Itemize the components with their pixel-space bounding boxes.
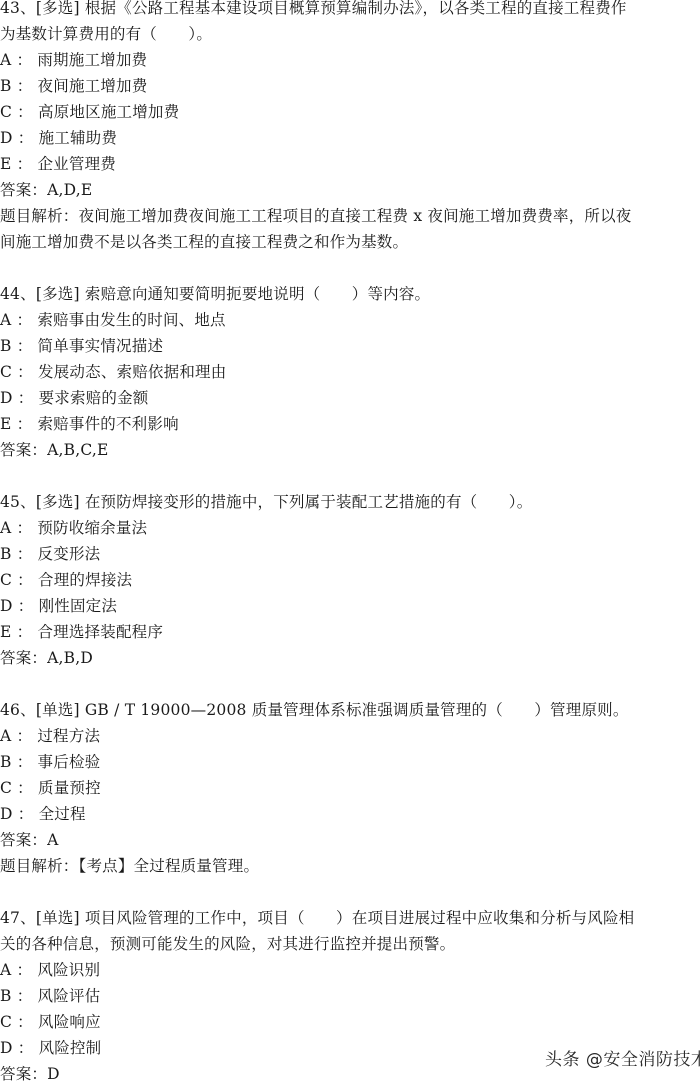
analysis: 间施工增加费不是以各类工程的直接工程费之和作为基数。	[0, 229, 700, 255]
question-stem: 为基数计算费用的有（ ）。	[0, 21, 700, 47]
question-stem: 46、[单选] GB / T 19000—2008 质量管理体系标准强调质量管理…	[0, 697, 700, 723]
option-c: C ： 质量预控	[0, 775, 700, 801]
spacer	[0, 255, 700, 281]
option-a: A ： 雨期施工增加费	[0, 47, 700, 73]
analysis: 题目解析：【考点】全过程质量管理。	[0, 853, 700, 879]
question-46: 46、[单选] GB / T 19000—2008 质量管理体系标准强调质量管理…	[0, 697, 700, 879]
option-d: D ： 要求索赔的金额	[0, 385, 700, 411]
answer: 答案：A,B,C,E	[0, 437, 700, 463]
option-c: C ： 高原地区施工增加费	[0, 99, 700, 125]
question-45: 45、[多选] 在预防焊接变形的措施中，下列属于装配工艺措施的有（ ）。 A ：…	[0, 489, 700, 671]
option-b: B ： 反变形法	[0, 541, 700, 567]
question-stem: 45、[多选] 在预防焊接变形的措施中，下列属于装配工艺措施的有（ ）。	[0, 489, 700, 515]
option-c: C ： 合理的焊接法	[0, 567, 700, 593]
option-e: E ： 索赔事件的不利影响	[0, 411, 700, 437]
option-b: B ： 简单事实情况描述	[0, 333, 700, 359]
option-a: A ： 风险识别	[0, 957, 700, 983]
option-e: E ： 企业管理费	[0, 151, 700, 177]
option-a: A ： 索赔事由发生的时间、地点	[0, 307, 700, 333]
question-stem: 47、[单选] 项目风险管理的工作中，项目（ ）在项目进展过程中应收集和分析与风…	[0, 905, 700, 931]
option-c: C ： 发展动态、索赔依据和理由	[0, 359, 700, 385]
question-43: 43、[多选] 根据《公路工程基本建设项目概算预算编制办法》，以各类工程的直接工…	[0, 0, 700, 255]
watermark: 头条 @安全消防技术	[545, 1045, 700, 1070]
question-stem: 44、[多选] 索赔意向通知要简明扼要地说明（ ）等内容。	[0, 281, 700, 307]
spacer	[0, 671, 700, 697]
question-stem: 关的各种信息，预测可能发生的风险，对其进行监控并提出预警。	[0, 931, 700, 957]
answer: 答案：A,D,E	[0, 177, 700, 203]
option-e: E ： 合理选择装配程序	[0, 619, 700, 645]
option-c: C ： 风险响应	[0, 1009, 700, 1035]
option-d: D ： 施工辅助费	[0, 125, 700, 151]
answer: 答案：A,B,D	[0, 645, 700, 671]
option-a: A ： 过程方法	[0, 723, 700, 749]
option-b: B ： 夜间施工增加费	[0, 73, 700, 99]
spacer	[0, 463, 700, 489]
option-b: B ： 风险评估	[0, 983, 700, 1009]
option-d: D ： 刚性固定法	[0, 593, 700, 619]
option-b: B ： 事后检验	[0, 749, 700, 775]
question-44: 44、[多选] 索赔意向通知要简明扼要地说明（ ）等内容。 A ： 索赔事由发生…	[0, 281, 700, 463]
answer: 答案：A	[0, 827, 700, 853]
option-a: A ： 预防收缩余量法	[0, 515, 700, 541]
exam-document: 43、[多选] 根据《公路工程基本建设项目概算预算编制办法》，以各类工程的直接工…	[0, 0, 700, 1083]
question-stem: 43、[多选] 根据《公路工程基本建设项目概算预算编制办法》，以各类工程的直接工…	[0, 0, 700, 21]
analysis: 题目解析：夜间施工增加费夜间施工工程项目的直接工程费 x 夜间施工增加费费率，所…	[0, 203, 700, 229]
option-d: D ： 全过程	[0, 801, 700, 827]
spacer	[0, 879, 700, 905]
